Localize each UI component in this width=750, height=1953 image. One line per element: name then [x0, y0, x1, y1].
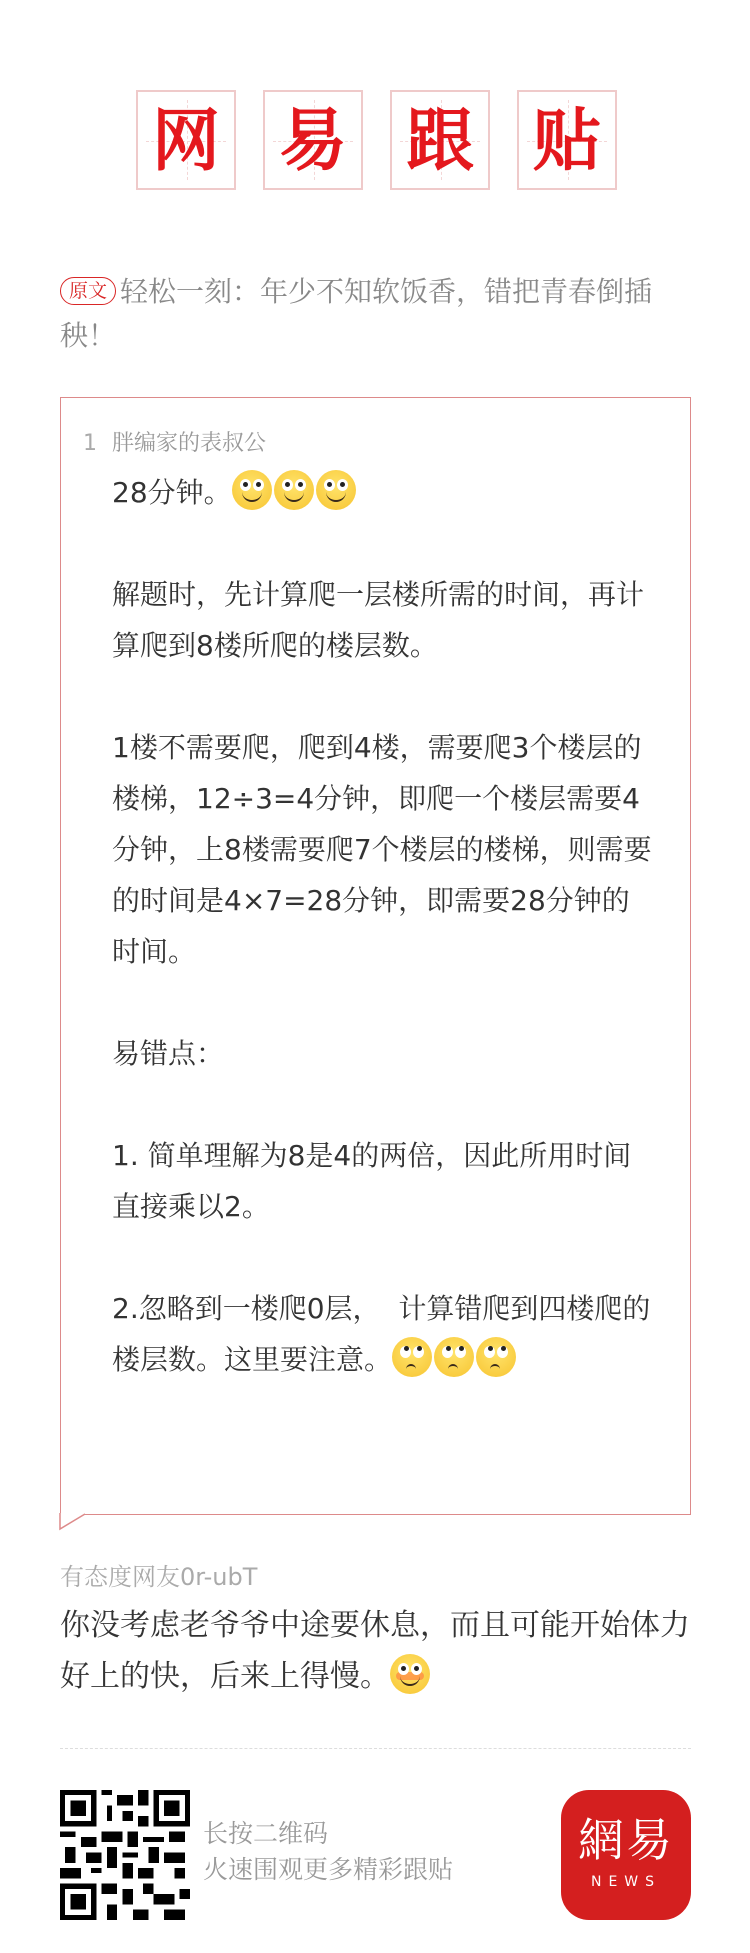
- title-char: 跟: [392, 104, 488, 180]
- footer-line-1: 长按二维码: [203, 1816, 453, 1852]
- title-char: 贴: [519, 104, 615, 180]
- footer-text: 长按二维码 火速围观更多精彩跟贴: [203, 1816, 453, 1888]
- comment-paragraph: 1. 简单理解为8是4的两倍，因此所用时间直接乘以2。: [112, 1130, 652, 1232]
- eye-roll-emoji-icon: [476, 1337, 516, 1377]
- reply-username: 有态度网友0r-ubT: [60, 1562, 257, 1592]
- title-char-box: 易: [263, 90, 363, 190]
- comment-paragraph: [112, 1079, 652, 1130]
- comment-username: 胖编家的表叔公: [112, 430, 266, 458]
- divider: [60, 1748, 691, 1749]
- title-char-box: 贴: [517, 90, 617, 190]
- comment-paragraph: 1楼不需要爬，爬到4楼，需要爬3个楼层的楼梯，12÷3=4分钟，即爬一个楼层需要…: [112, 722, 652, 977]
- footer-line-2: 火速围观更多精彩跟贴: [203, 1852, 453, 1888]
- origin-title: 轻松一刻：年少不知软饭香，错把青春倒插秧！: [60, 275, 652, 352]
- logo-subtext: NEWS: [561, 1874, 691, 1890]
- title-char-box: 网: [136, 90, 236, 190]
- comment-paragraph: 28分钟。: [112, 467, 652, 518]
- eye-roll-emoji-icon: [434, 1337, 474, 1377]
- smile-emoji-icon: [232, 470, 272, 510]
- comment-body: 28分钟。 解题时，先计算爬一层楼所需的时间，再计算爬到8楼所爬的楼层数。 1楼…: [112, 467, 652, 1385]
- comment-paragraph: [112, 1232, 652, 1283]
- comment-paragraph: [112, 977, 652, 1028]
- blush-smile-emoji-icon: [390, 1654, 430, 1694]
- reply-body: 你没考虑老爷爷中途要休息，而且可能开始体力好上的快，后来上得慢。: [60, 1600, 700, 1702]
- comment-paragraph: 易错点：: [112, 1028, 652, 1079]
- title-char: 易: [265, 104, 361, 180]
- title-char: 网: [138, 104, 234, 180]
- comment-paragraph: 2.忽略到一楼爬0层， 计算错爬到四楼爬的楼层数。这里要注意。: [112, 1283, 652, 1385]
- qr-code-icon[interactable]: [60, 1790, 190, 1920]
- comment-paragraph: 解题时，先计算爬一层楼所需的时间，再计算爬到8楼所爬的楼层数。: [112, 569, 652, 671]
- floor-number: 1: [83, 430, 97, 458]
- origin-badge: 原文: [60, 277, 116, 305]
- card-tail-icon: [59, 1513, 99, 1531]
- logo-text: 網易: [561, 1812, 691, 1868]
- comment-paragraph: [112, 518, 652, 569]
- comment-paragraph: [112, 671, 652, 722]
- origin-article[interactable]: 原文轻松一刻：年少不知软饭香，错把青春倒插秧！: [60, 270, 690, 358]
- smile-emoji-icon: [316, 470, 356, 510]
- title-char-box: 跟: [390, 90, 490, 190]
- smile-emoji-icon: [274, 470, 314, 510]
- netease-news-logo[interactable]: 網易 NEWS: [561, 1790, 691, 1920]
- eye-roll-emoji-icon: [392, 1337, 432, 1377]
